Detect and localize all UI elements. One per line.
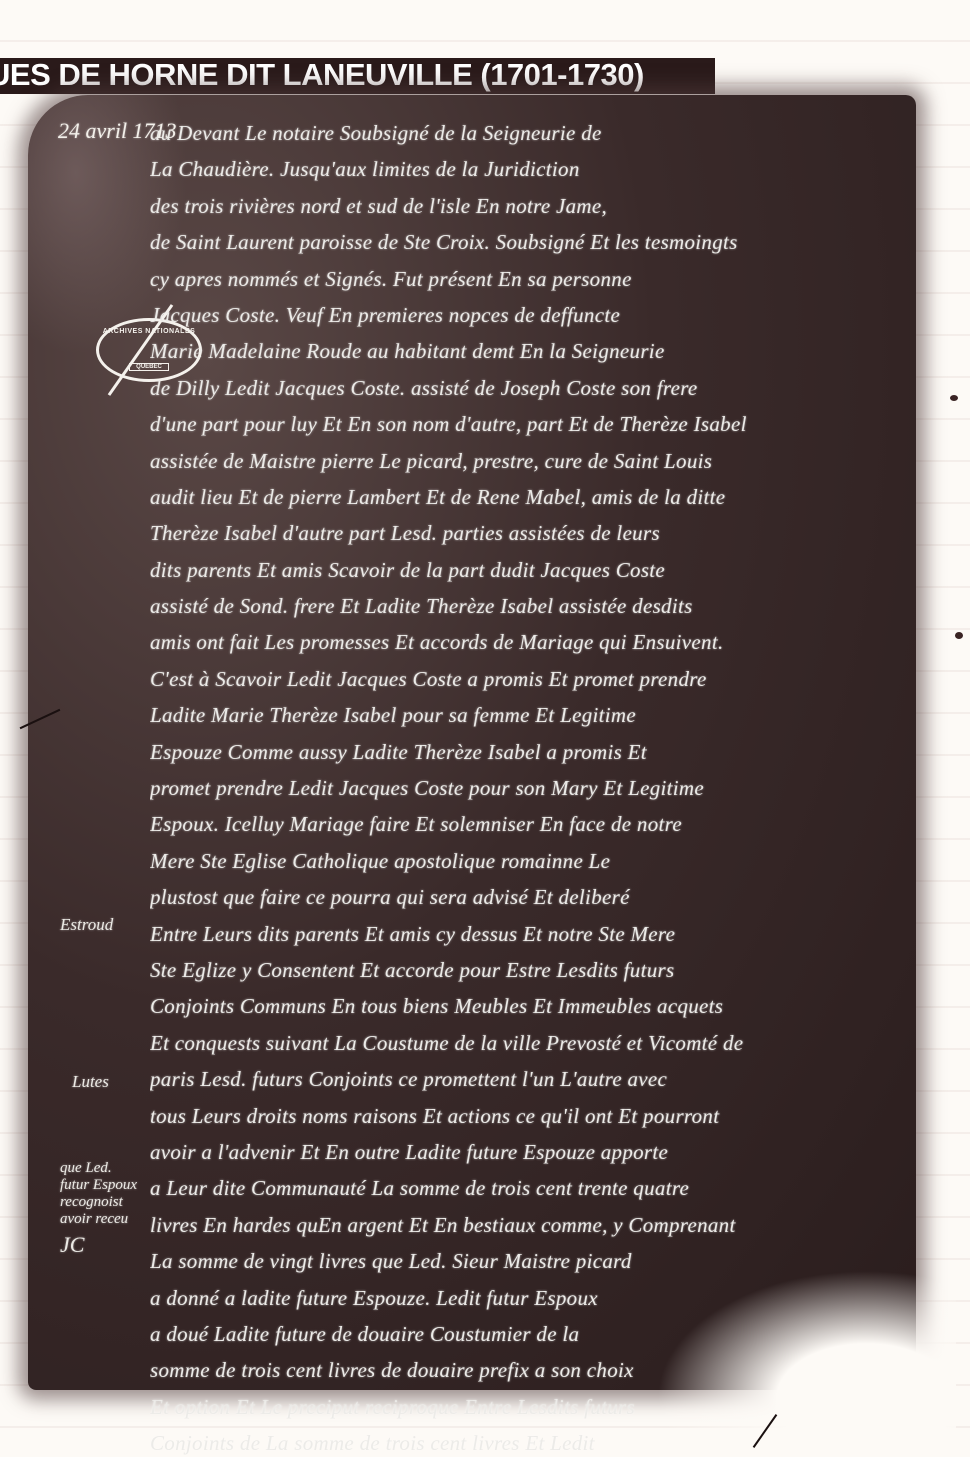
text-line: Espouze Comme aussy Ladite Therèze Isabe… xyxy=(150,734,910,770)
margin-note-lutes: Lutes xyxy=(72,1072,109,1092)
text-line: La somme de vingt livres que Led. Sieur … xyxy=(150,1243,910,1279)
text-line: Espoux. Icelluy Mariage faire Et solemni… xyxy=(150,806,910,842)
text-line: a donné a ladite future Espouze. Ledit f… xyxy=(150,1280,910,1316)
text-line: Et conquests suivant La Coustume de la v… xyxy=(150,1025,910,1061)
dust-speck xyxy=(955,632,963,639)
text-line: Conjoints de La somme de trois cent livr… xyxy=(150,1425,910,1457)
text-line: audit lieu Et de pierre Lambert Et de Re… xyxy=(150,479,910,515)
text-line: de Dilly Ledit Jacques Coste. assisté de… xyxy=(150,370,910,406)
margin-note-estroud: Estroud xyxy=(60,915,113,935)
text-line: plustost que faire ce pourra qui sera ad… xyxy=(150,879,910,915)
margin-note-receipt: que Led. futur Espoux recognoist avoir r… xyxy=(60,1160,137,1253)
margin-note-line: que Led. xyxy=(60,1160,137,1177)
margin-note-line: recognoist xyxy=(60,1194,137,1211)
text-line: Marie Madelaine Roude au habitant demt E… xyxy=(150,333,910,369)
text-line: somme de trois cent livres de douaire pr… xyxy=(150,1352,910,1388)
text-line: d'une part pour luy Et En son nom d'autr… xyxy=(150,406,910,442)
text-line: au Devant Le notaire Soubsigné de la Sei… xyxy=(150,115,910,151)
text-line: Ladite Marie Therèze Isabel pour sa femm… xyxy=(150,697,910,733)
text-line: a doué Ladite future de douaire Coustumi… xyxy=(150,1316,910,1352)
text-line: de Saint Laurent paroisse de Ste Croix. … xyxy=(150,224,910,260)
margin-note-line: futur Espoux xyxy=(60,1177,137,1194)
text-line: C'est à Scavoir Ledit Jacques Coste a pr… xyxy=(150,661,910,697)
banner-title: UES DE HORNE DIT LANEUVILLE (1701-1730) xyxy=(0,58,644,92)
text-line: Ste Eglize y Consentent Et accorde pour … xyxy=(150,952,910,988)
text-line: cy apres nommés et Signés. Fut présent E… xyxy=(150,261,910,297)
text-line: La Chaudière. Jusqu'aux limites de la Ju… xyxy=(150,151,910,187)
text-line: dits parents Et amis Scavoir de la part … xyxy=(150,552,910,588)
text-line: amis ont fait Les promesses Et accords d… xyxy=(150,624,910,660)
text-line: promet prendre Ledit Jacques Coste pour … xyxy=(150,770,910,806)
text-line: a Leur dite Communauté La somme de trois… xyxy=(150,1170,910,1206)
dust-speck xyxy=(950,395,958,401)
text-line: avoir a l'advenir Et En outre Ladite fut… xyxy=(150,1134,910,1170)
text-line: Et option Et Le preciput reciproque Entr… xyxy=(150,1389,910,1425)
text-line: Conjoints Communs En tous biens Meubles … xyxy=(150,988,910,1024)
text-line: Entre Leurs dits parents Et amis cy dess… xyxy=(150,916,910,952)
text-line: Jacques Coste. Veuf En premieres nopces … xyxy=(150,297,910,333)
text-line: assistée de Maistre pierre Le picard, pr… xyxy=(150,443,910,479)
text-line: assisté de Sond. frere Et Ladite Therèze… xyxy=(150,588,910,624)
text-line: paris Lesd. futurs Conjoints ce promette… xyxy=(150,1061,910,1097)
text-line: tous Leurs droits noms raisons Et action… xyxy=(150,1098,910,1134)
text-line: des trois rivières nord et sud de l'isle… xyxy=(150,188,910,224)
manuscript-text: au Devant Le notaire Soubsigné de la Sei… xyxy=(150,115,910,1457)
margin-note-line: avoir receu xyxy=(60,1211,137,1228)
text-line: Mere Ste Eglise Catholique apostolique r… xyxy=(150,843,910,879)
text-line: Therèze Isabel d'autre part Lesd. partie… xyxy=(150,515,910,551)
margin-initials: JC xyxy=(60,1236,137,1253)
title-banner: UES DE HORNE DIT LANEUVILLE (1701-1730) xyxy=(0,58,715,94)
text-line: livres En hardes quEn argent Et En besti… xyxy=(150,1207,910,1243)
